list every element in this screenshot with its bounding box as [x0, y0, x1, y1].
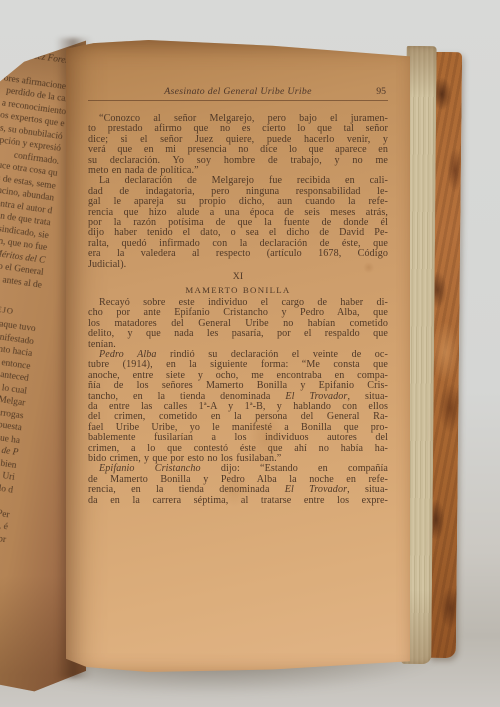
section-title: MAMERTO BONILLA — [88, 285, 388, 295]
section-number: XI — [88, 272, 388, 282]
body-text: verá que en mi presencia no dice lo que … — [88, 144, 388, 155]
body-text: anoche, entre siete y ocho, me encontrab… — [88, 370, 388, 381]
body-text: dijo: “Estando en compañía — [201, 463, 388, 474]
body-text: , situa- — [347, 391, 388, 402]
paragraph: Epifanio Cristancho dijo: “Estando en co… — [88, 464, 388, 506]
photo-open-book: odríguez Forero ores afirmacionesperdido… — [0, 0, 500, 707]
body-text: da entre las calles 1ª-A y 1ª-B, y habla… — [88, 401, 388, 412]
body-text: “Conozco al señor Melgarejo, pero bajo e… — [99, 113, 388, 124]
body-text: era la valedera al respecto (artículo 16… — [88, 248, 388, 259]
text-line: delito, y que nada les pasaría, por el r… — [88, 329, 388, 339]
body-text: La declaración de Melgarejo fue recibida… — [99, 175, 388, 186]
body-text: dice; si el señor Juez quiere, puede hac… — [88, 134, 388, 145]
body-text: bido crimen, y que por esto no los fusil… — [88, 453, 281, 464]
body-text: , situa- — [347, 484, 388, 495]
paragraph: La declaración de Melgarejo fue recibida… — [88, 176, 388, 270]
body-text: los matadores del General Uribe no había… — [88, 318, 388, 329]
body-text: fael Uribe Uribe, yo le manifesté a Boni… — [88, 422, 388, 433]
page-text: “Conozco al señor Melgarejo, pero bajo e… — [88, 114, 388, 506]
body-text: tancho, en la tienda denominada — [88, 391, 285, 402]
body-text: del crimen, cometido en la persona del G… — [88, 411, 388, 422]
header-rule — [88, 100, 388, 101]
body-text: dijo haber tenido el dato, o sea el dich… — [88, 227, 388, 238]
text-line: da en la carrera séptima, al tratarse en… — [88, 496, 388, 506]
page-number: 95 — [376, 86, 386, 97]
running-header-title: Asesinato del General Uribe Uribe — [88, 86, 388, 97]
text-line: era la valedera al respecto (artículo 16… — [88, 249, 388, 259]
italic-text: Pedro Alba — [99, 349, 157, 360]
body-text: ralta, quedó infirmado con la declaració… — [88, 238, 388, 249]
body-text: tubre (1914), en la siguiente forma: “Me… — [88, 359, 388, 370]
body-text: ñía de los señores Mamerto Bonilla y Epi… — [88, 380, 388, 391]
paragraph: “Conozco al señor Melgarejo, pero bajo e… — [88, 114, 388, 176]
body-text: gal le apareja su propio dicho, aun cuan… — [88, 196, 388, 207]
body-text: rencia, en la tienda denominada — [88, 484, 285, 495]
body-text: crimen, a lo que contestó éste que ahí n… — [88, 443, 388, 454]
paragraph: Recayó sobre este individuo el cargo de … — [88, 298, 388, 350]
body-text: meto en nada de política.” — [88, 165, 199, 176]
body-text: rencia que hizo alude a una época de sei… — [88, 207, 388, 218]
body-text: cho por ante Epifanio Cristancho y Pedro… — [88, 307, 388, 318]
body-text: dad de indagatoria, pero ninguna respons… — [88, 186, 388, 197]
body-text: de Mamerto Bonilla y Pedro Alba la noche… — [88, 474, 388, 485]
body-text: por la razón potísima de que la fuente d… — [88, 217, 388, 228]
text-line: Judicial). — [88, 260, 388, 270]
running-header: Asesinato del General Uribe Uribe 95 — [88, 86, 388, 101]
italic-text: El Trovador — [285, 484, 347, 495]
body-text: Recayó sobre este individuo el cargo de … — [99, 297, 388, 308]
right-page: Asesinato del General Uribe Uribe 95 “Co… — [66, 40, 410, 672]
body-text: to prestado afirmo que no es cierto lo q… — [88, 123, 388, 134]
body-text: da en la carrera séptima, al tratarse en… — [88, 495, 388, 506]
body-text: Judicial). — [88, 259, 126, 270]
body-text: rindió su declaración el veinte de oc- — [157, 349, 388, 360]
italic-text: Epifanio Cristancho — [99, 463, 201, 474]
body-text: su declaración. Yo soy hombre de trabajo… — [88, 155, 388, 166]
body-text: bablemente fusilarían a los individuos a… — [88, 432, 388, 443]
body-text: tenían. — [88, 339, 116, 350]
italic-text: El Trovador — [285, 391, 347, 402]
paragraph: Pedro Alba rindió su declaración el vein… — [88, 350, 388, 464]
body-text: delito, y que nada les pasaría, por el r… — [88, 328, 388, 339]
